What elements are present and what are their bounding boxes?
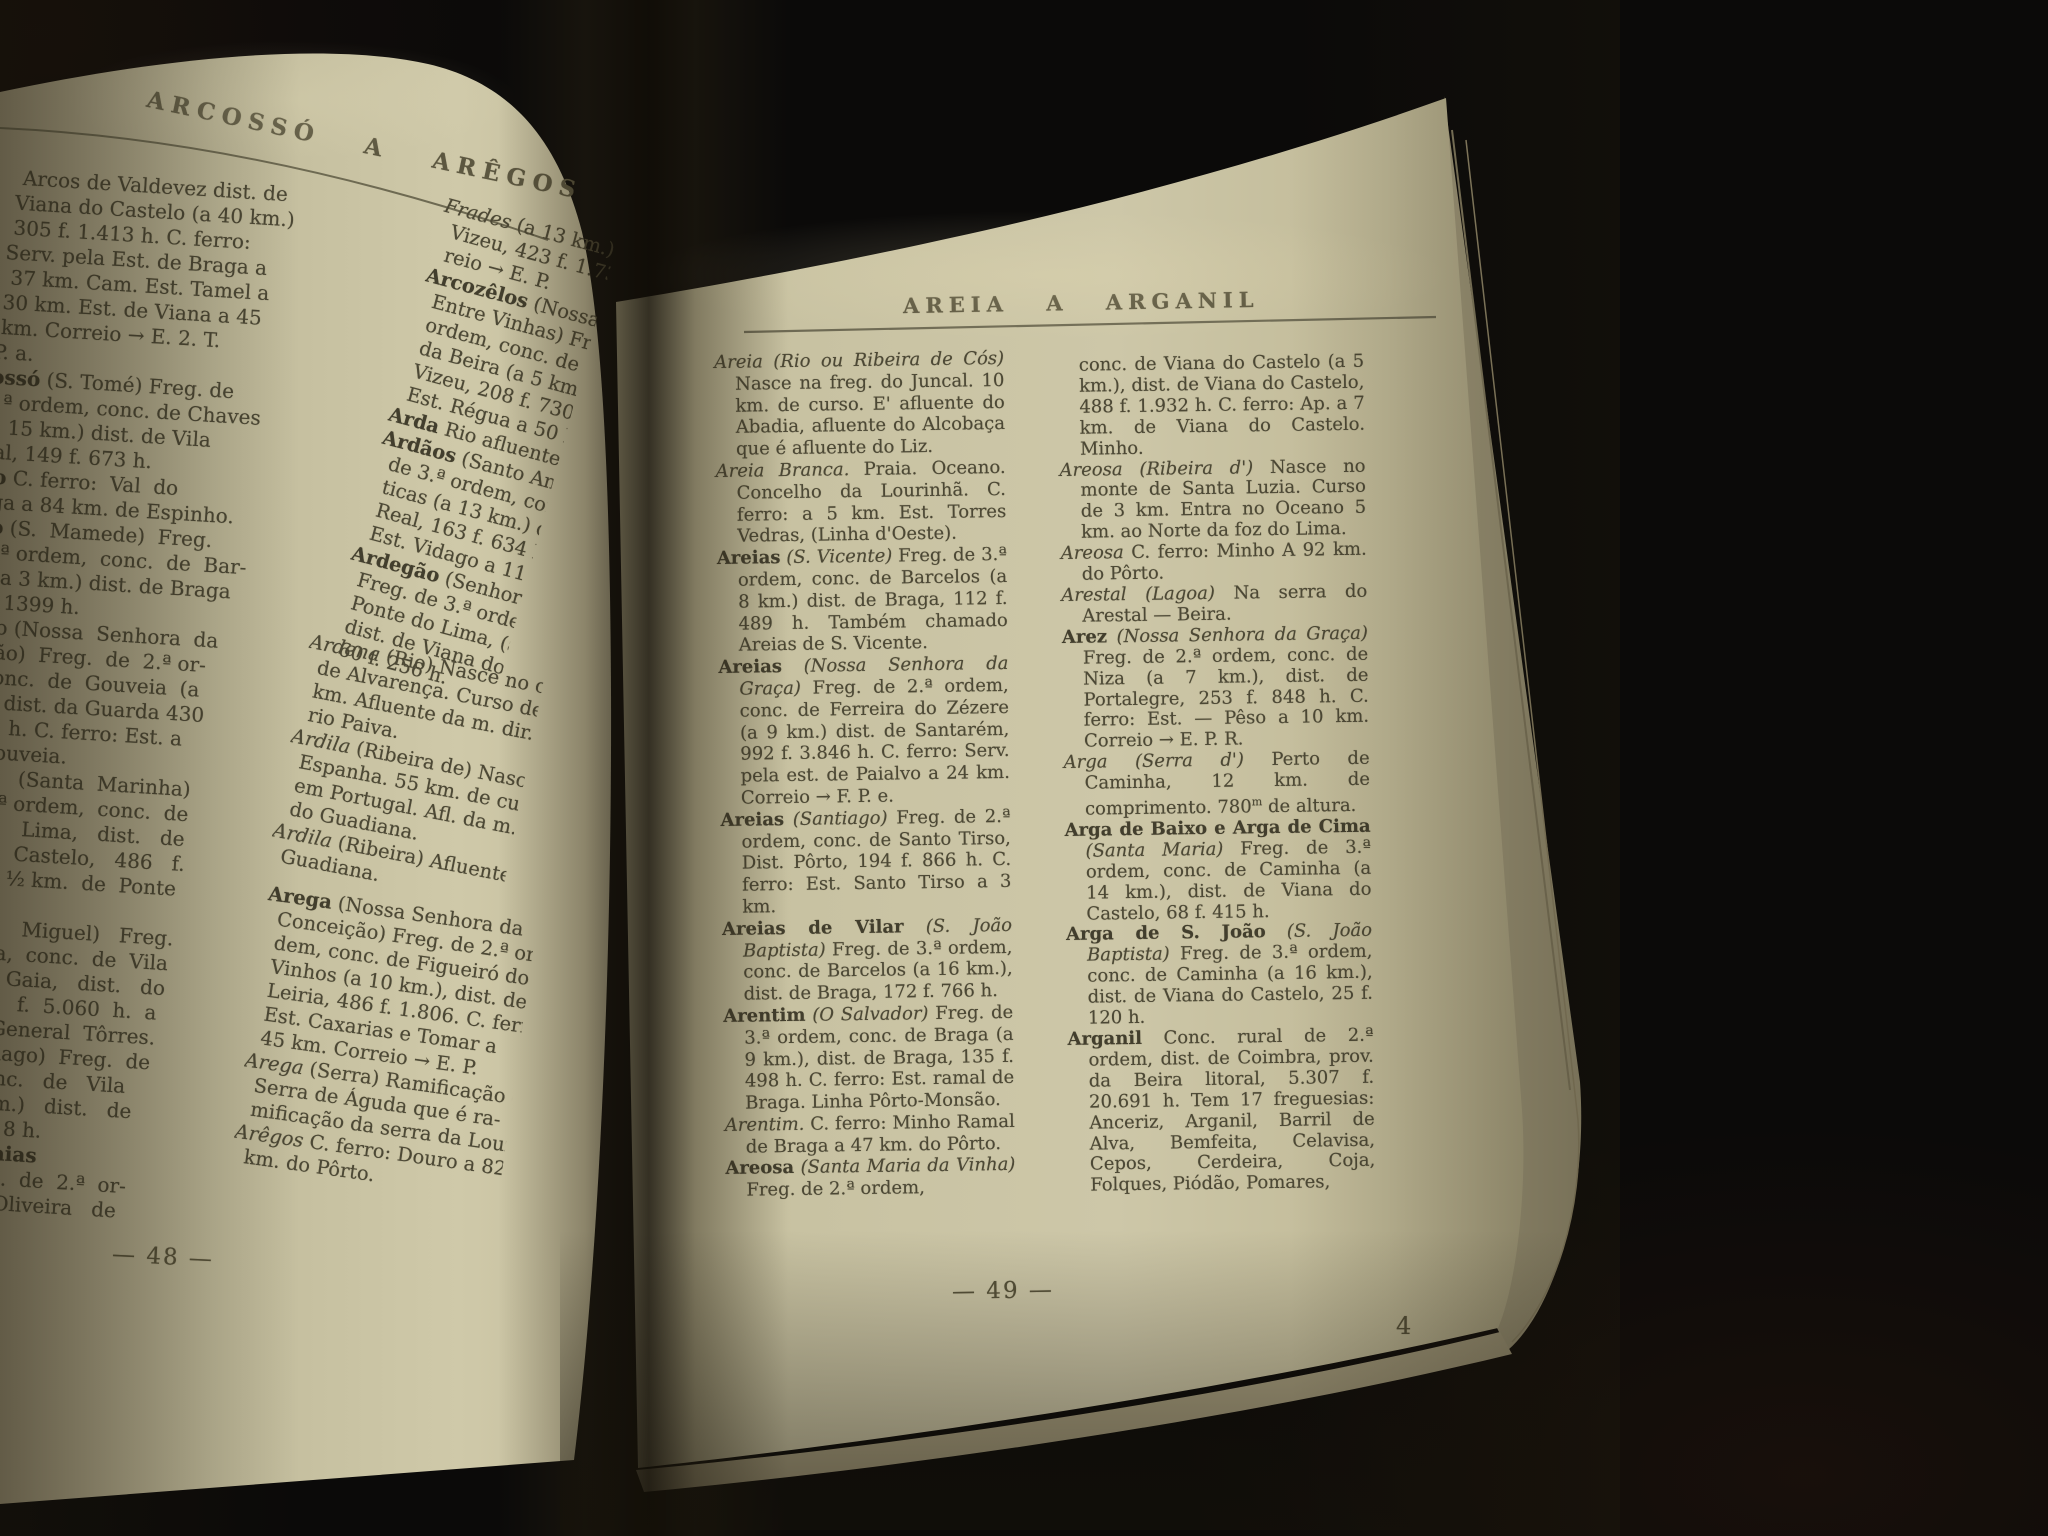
- gazetteer-entry: Areosa (Santa Maria da Vinha) Freg. de 2…: [725, 1154, 1016, 1202]
- book-photo: { "left_page": { "header": "ARCOSSÓ A AR…: [0, 0, 2048, 1536]
- gazetteer-entry: Arga de S. João (S. João Baptista) Freg.…: [1066, 921, 1373, 1030]
- gazetteer-entry: Areias (S. Vicente) Freg. de 3.ª ordem, …: [717, 544, 1008, 657]
- gazetteer-entry: Arga de Baixo e Arga de Cima (Santa Mari…: [1064, 817, 1371, 926]
- right-page-column-2: conc. de Viana do Castelo (a 5 km.), dis…: [1058, 352, 1376, 1197]
- gazetteer-entry: Arentim. C. ferro: Minho Ramal de Braga …: [725, 1111, 1016, 1159]
- gazetteer-entry: Areosa C. ferro: Minho A 92 km. do Pôrto…: [1061, 540, 1368, 586]
- gazetteer-entry: Arganil Conc. rural de 2.ª ordem, dist. …: [1067, 1026, 1375, 1198]
- gazetteer-entry: Arentim (O Salvador) Freg. de 3.ª ordem,…: [723, 1002, 1014, 1115]
- gazetteer-entry: Areias (Nossa Senhora da Graça) Freg. de…: [718, 653, 1010, 810]
- gazetteer-entry: Areias de Vilar (S. João Baptista) Freg.…: [722, 915, 1013, 1006]
- right-page-number: — 49 —: [952, 1277, 1054, 1305]
- gazetteer-entry: Areosa (Ribeira d') Nasce no monte de Sa…: [1059, 456, 1366, 544]
- gazetteer-entry: Areia Branca. Praia. Oceano. Concelho da…: [716, 457, 1007, 548]
- gazetteer-entry: Areias (Santiago) Freg. de 2.ª ordem, co…: [720, 806, 1011, 919]
- signature-mark: 4: [1396, 1312, 1411, 1340]
- gazetteer-entry: Arga (Serra d') Perto de Caminha, 12 km.…: [1064, 749, 1371, 821]
- gazetteer-entry: conc. de Viana do Castelo (a 5 km.), dis…: [1058, 352, 1365, 461]
- gazetteer-entry: Arestal (Lagoa) Na serra do Arestal — Be…: [1061, 582, 1368, 628]
- gazetteer-entry: Arez (Nossa Senhora da Graça) Freg. de 2…: [1062, 623, 1370, 753]
- gazetteer-entry: Areia (Rio ou Ribeira de Cós) Nasce na f…: [714, 348, 1005, 461]
- left-page-column-2-bottom: Arega (Nossa Senhora da Conceição) Freg.…: [230, 882, 537, 1205]
- left-page-number: — 48 —: [111, 1241, 214, 1272]
- left-page-column-2-middle: Ardena (Rio) Nasce no conc. de Alvarença…: [266, 630, 544, 911]
- right-page-column-1: Areia (Rio ou Ribeira de Cós) Nasce na f…: [714, 348, 1016, 1202]
